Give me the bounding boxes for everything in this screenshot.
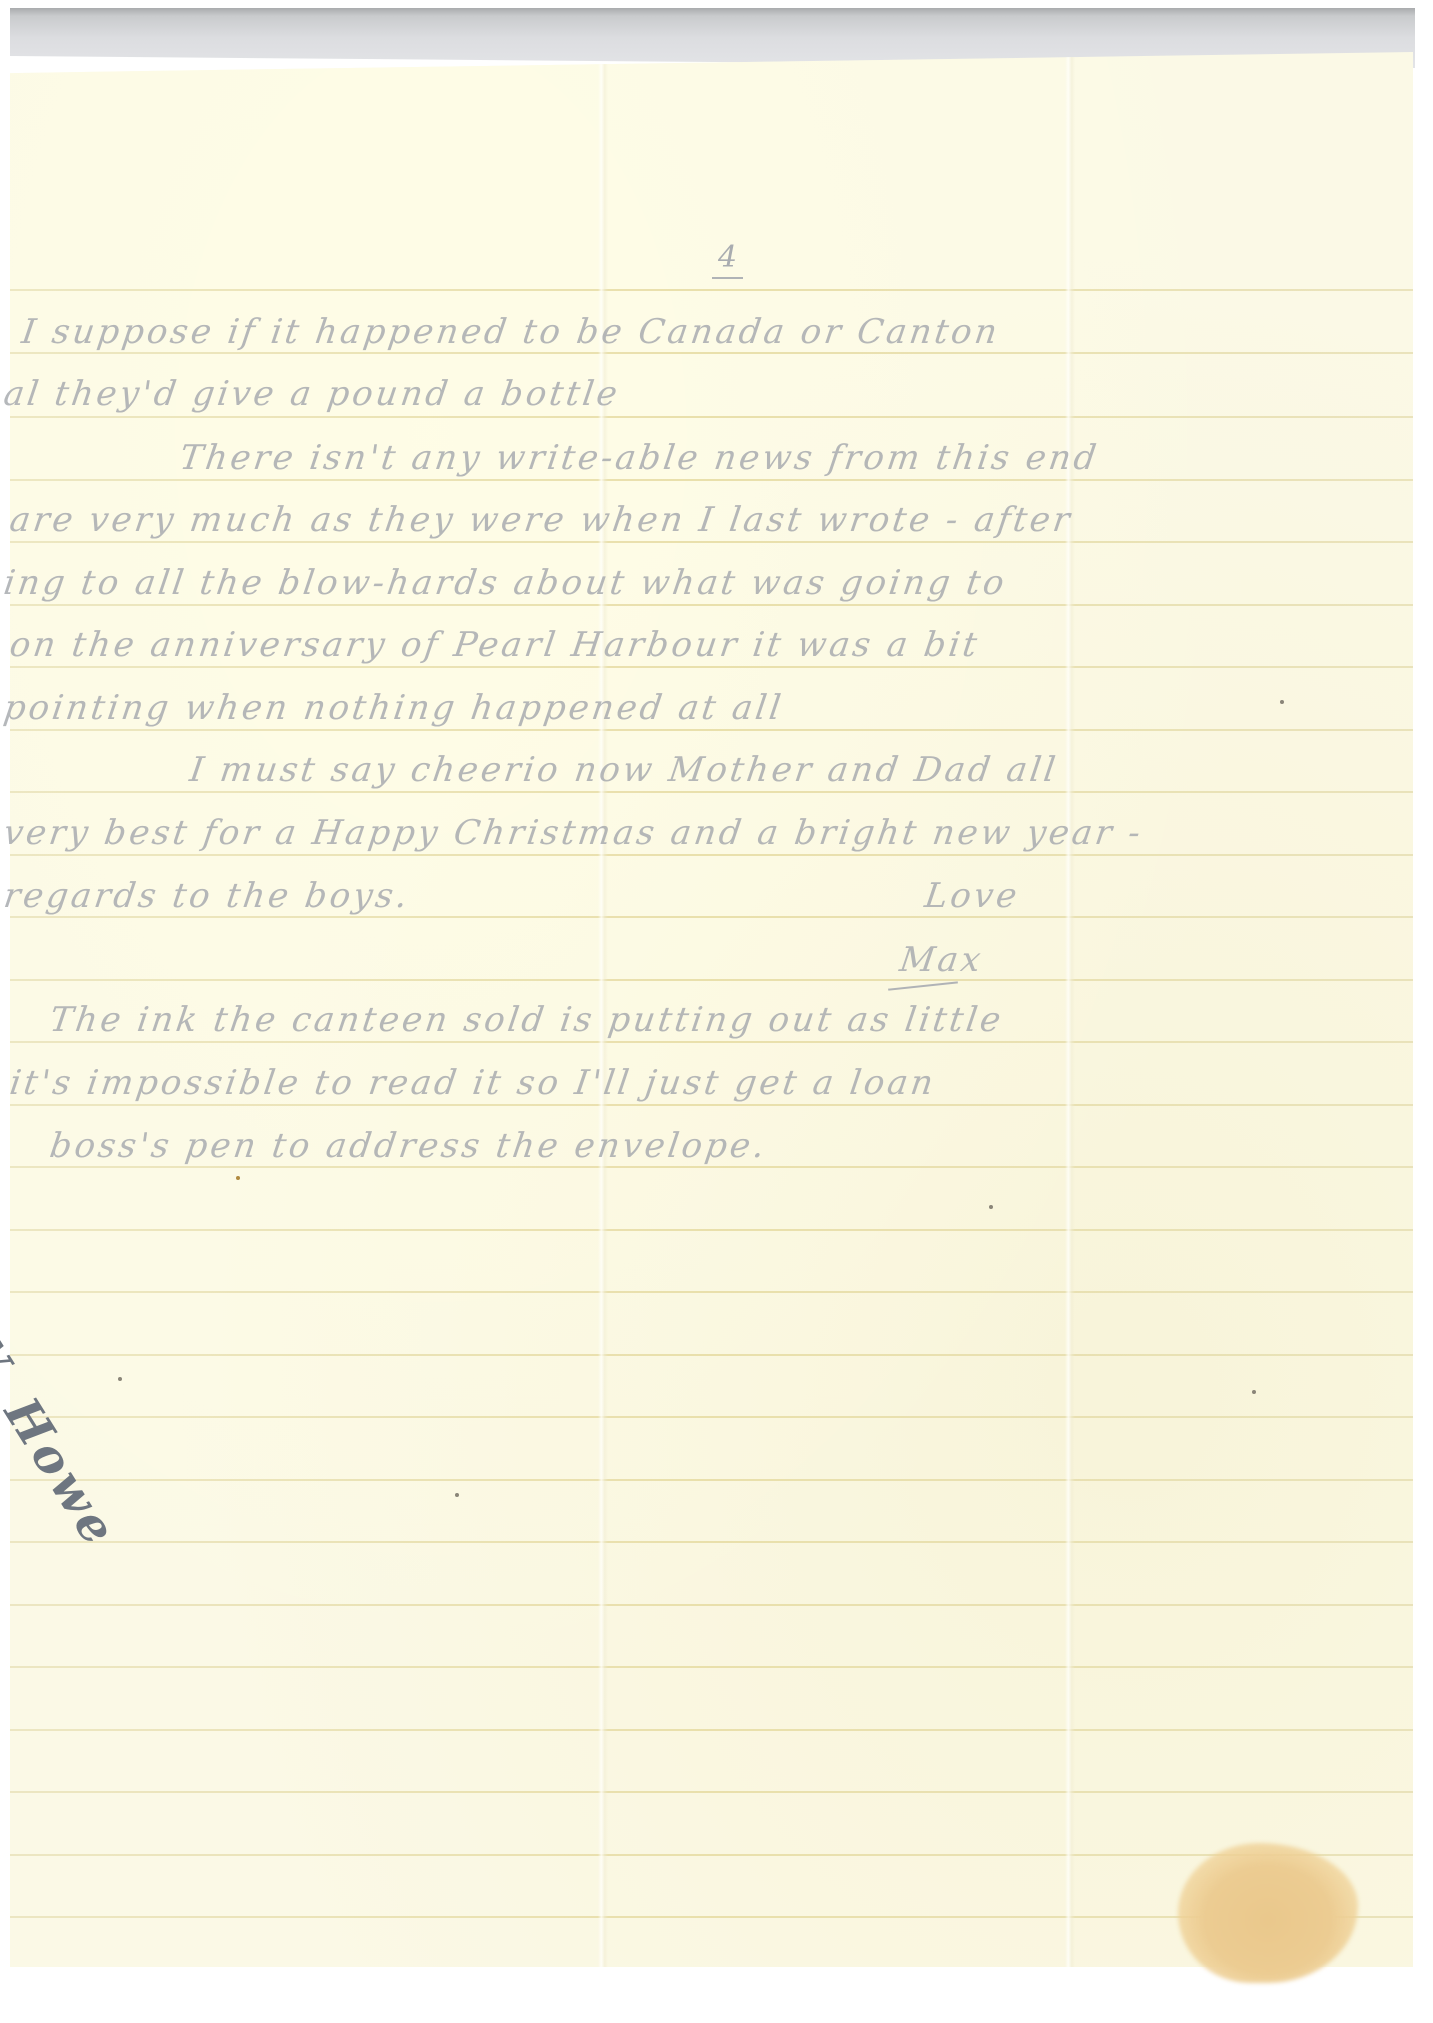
ruled-line bbox=[10, 979, 1413, 981]
ruled-line bbox=[10, 479, 1413, 481]
ruled-line bbox=[10, 352, 1413, 354]
ruled-line bbox=[10, 1541, 1413, 1543]
ink-speck bbox=[236, 1176, 240, 1180]
ruled-line bbox=[10, 289, 1413, 291]
ruled-line bbox=[10, 1104, 1413, 1106]
ruled-line bbox=[10, 729, 1413, 731]
letter-line: on the anniversary of Pearl Harbour it w… bbox=[7, 625, 982, 665]
letter-line: are very much as they were when I last w… bbox=[7, 500, 1075, 540]
ruled-line bbox=[10, 854, 1413, 856]
postscript-line: The ink the canteen sold is putting out … bbox=[47, 1000, 1006, 1040]
ruled-line bbox=[10, 666, 1413, 668]
letter-line: pointing when nothing happened at all bbox=[1, 688, 786, 728]
letter-line: regards to the boys. bbox=[1, 876, 412, 916]
ruled-line bbox=[10, 1666, 1413, 1668]
ink-speck bbox=[989, 1205, 993, 1209]
ruled-line bbox=[10, 1791, 1413, 1793]
letter-line: There isn't any write-able news from thi… bbox=[177, 438, 1101, 478]
letter-line: I suppose if it happened to be Canada or… bbox=[19, 312, 1002, 352]
ruled-line bbox=[10, 1854, 1413, 1856]
letter-line: very best for a Happy Christmas and a br… bbox=[1, 813, 1146, 853]
ruled-line bbox=[10, 791, 1413, 793]
ruled-line bbox=[10, 1041, 1413, 1043]
ruled-line bbox=[10, 1604, 1413, 1606]
letter-signoff: Max bbox=[897, 940, 986, 980]
ruled-line bbox=[10, 604, 1413, 606]
ruled-line bbox=[10, 1229, 1413, 1231]
fold-crease bbox=[1065, 52, 1075, 1967]
ruled-line bbox=[10, 541, 1413, 543]
ink-speck bbox=[1252, 1390, 1256, 1394]
ink-speck bbox=[118, 1377, 122, 1381]
ruled-line bbox=[10, 416, 1413, 418]
letter-line: ing to all the blow-hards about what was… bbox=[1, 563, 1009, 603]
letter-line: I must say cheerio now Mother and Dad al… bbox=[187, 750, 1060, 790]
ruled-line bbox=[10, 1729, 1413, 1731]
ruled-line bbox=[10, 1416, 1413, 1418]
ruled-line bbox=[10, 1479, 1413, 1481]
ink-speck bbox=[455, 1493, 459, 1497]
ruled-line bbox=[10, 1291, 1413, 1293]
letter-line: al they'd give a pound a bottle bbox=[1, 374, 622, 414]
letter-closing: Love bbox=[922, 876, 1022, 916]
ruled-line bbox=[10, 1166, 1413, 1168]
ruled-line bbox=[10, 916, 1413, 918]
page-number: 4 bbox=[712, 240, 743, 279]
ink-speck bbox=[1280, 700, 1284, 704]
ruled-line bbox=[10, 1354, 1413, 1356]
postscript-line: boss's pen to address the envelope. bbox=[47, 1126, 770, 1166]
postscript-line: it's impossible to read it so I'll just … bbox=[7, 1063, 938, 1103]
